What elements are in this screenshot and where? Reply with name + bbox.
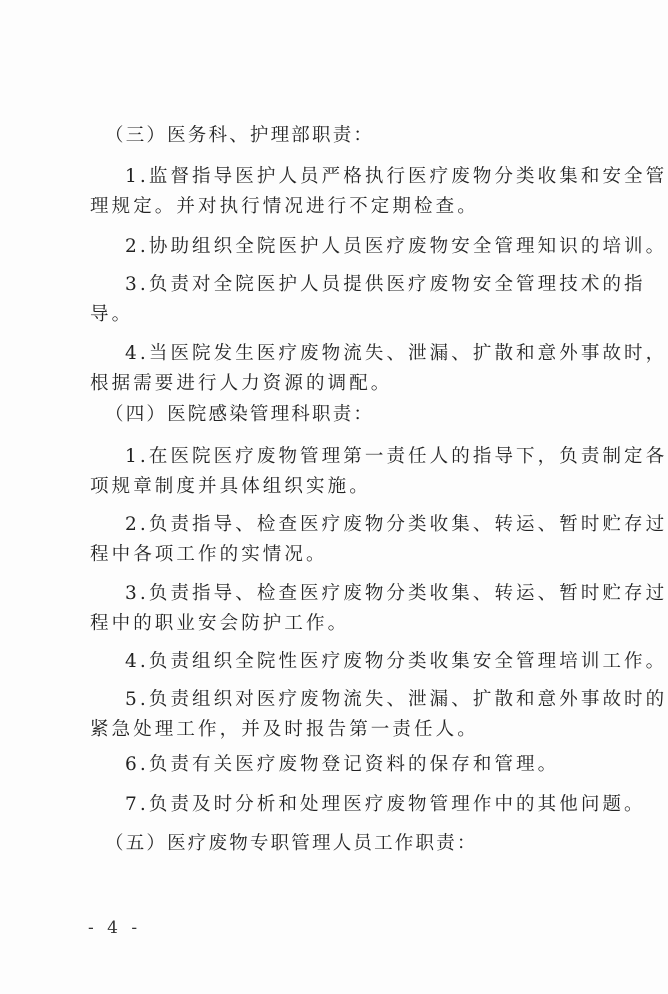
section-heading-5: （五）医疗废物专职管理人员工作职责： [105,833,478,855]
paragraph-line: 4.当医院发生医疗废物流失、泄漏、扩散和意外事故时， [125,343,667,365]
paragraph-line: 2.负责指导、检查医疗废物分类收集、转运、暂时贮存过 [125,514,667,536]
paragraph-line: 2.协助组织全院医护人员医疗废物安全管理知识的培训。 [125,236,667,258]
paragraph-line: 7.负责及时分析和处理医疗废物管理作中的其他问题。 [125,794,646,816]
section-heading-4: （四）医院感染管理科职责： [105,404,374,426]
paragraph-line: 程中的职业安会防护工作。 [90,613,349,635]
paragraph-line: 5.负责组织对医疗废物流失、泄漏、扩散和意外事故时的 [125,689,667,711]
paragraph-line: 4.负责组织全院性医疗废物分类收集安全管理培训工作。 [125,651,667,673]
paragraph-line: 3.负责指导、检查医疗废物分类收集、转运、暂时贮存过 [125,583,667,605]
paragraph-line: 理规定。并对执行情况进行不定期检查。 [90,196,479,218]
paragraph-line: 3.负责对全院医护人员提供医疗废物安全管理技术的指 [125,274,646,296]
paragraph-line: 6.负责有关医疗废物登记资料的保存和管理。 [125,754,559,776]
paragraph-line: 导。 [90,304,133,326]
paragraph-line: 项规章制度并具体组织实施。 [90,476,371,498]
paragraph-line: 1.监督指导医护人员严格执行医疗废物分类收集和安全管 [125,166,667,188]
document-page: （三）医务科、护理部职责： 1.监督指导医护人员严格执行医疗废物分类收集和安全管… [0,0,668,994]
paragraph-line: 程中各项工作的实情况。 [90,544,328,566]
page-number: - 4 - [88,918,141,938]
section-heading-3: （三）医务科、护理部职责： [105,125,374,147]
paragraph-line: 根据需要进行人力资源的调配。 [90,373,392,395]
paragraph-line: 1.在医院医疗废物管理第一责任人的指导下，负责制定各 [125,446,667,468]
paragraph-line: 紧急处理工作，并及时报告第一责任人。 [90,719,479,741]
